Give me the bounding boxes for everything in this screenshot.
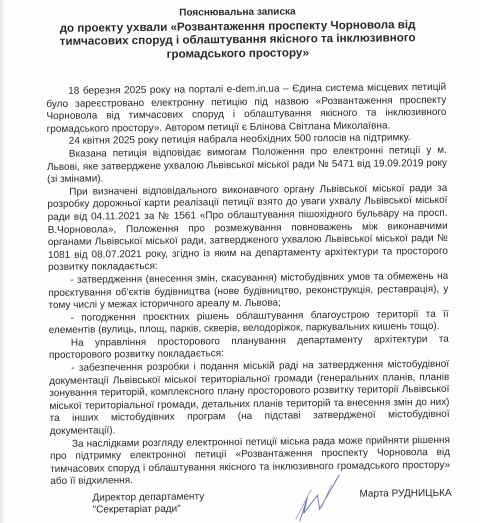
document-body: 18 березня 2025 року на порталі e-dem.in…	[46, 82, 450, 489]
position-line-2: "Секретаріат ради"	[93, 503, 205, 516]
document-title: Пояснювальна записка до проекту ухвали «…	[37, 4, 438, 62]
title-subject: до проекту ухвали «Розвантаження проспек…	[60, 18, 416, 61]
handwritten-signature-icon	[277, 469, 358, 523]
paragraph-responsible-body: При визначені відповідального виконавчог…	[47, 183, 448, 275]
signatory-name: Марта РУДНИЦЬКА	[359, 488, 451, 501]
paragraph-duty-approval: - затвердження (внесення змін, скасуванн…	[48, 271, 448, 313]
paragraph-duty-documentation: - забезпечення розробки і подання міські…	[49, 359, 450, 439]
document-page: Пояснювальна записка до проекту ухвали «…	[0, 0, 480, 523]
paragraph-compliance: Вказана петиція відповідає вимогам Полож…	[47, 145, 447, 187]
paragraph-conclusion: За наслідками розгляду електронної петиц…	[50, 434, 451, 489]
position-line-1: Директор департаменту	[92, 491, 204, 504]
signatory-position: Директор департаменту "Секретаріат ради"	[92, 491, 204, 516]
paragraph-registration: 18 березня 2025 року на порталі e-dem.in…	[46, 82, 447, 137]
